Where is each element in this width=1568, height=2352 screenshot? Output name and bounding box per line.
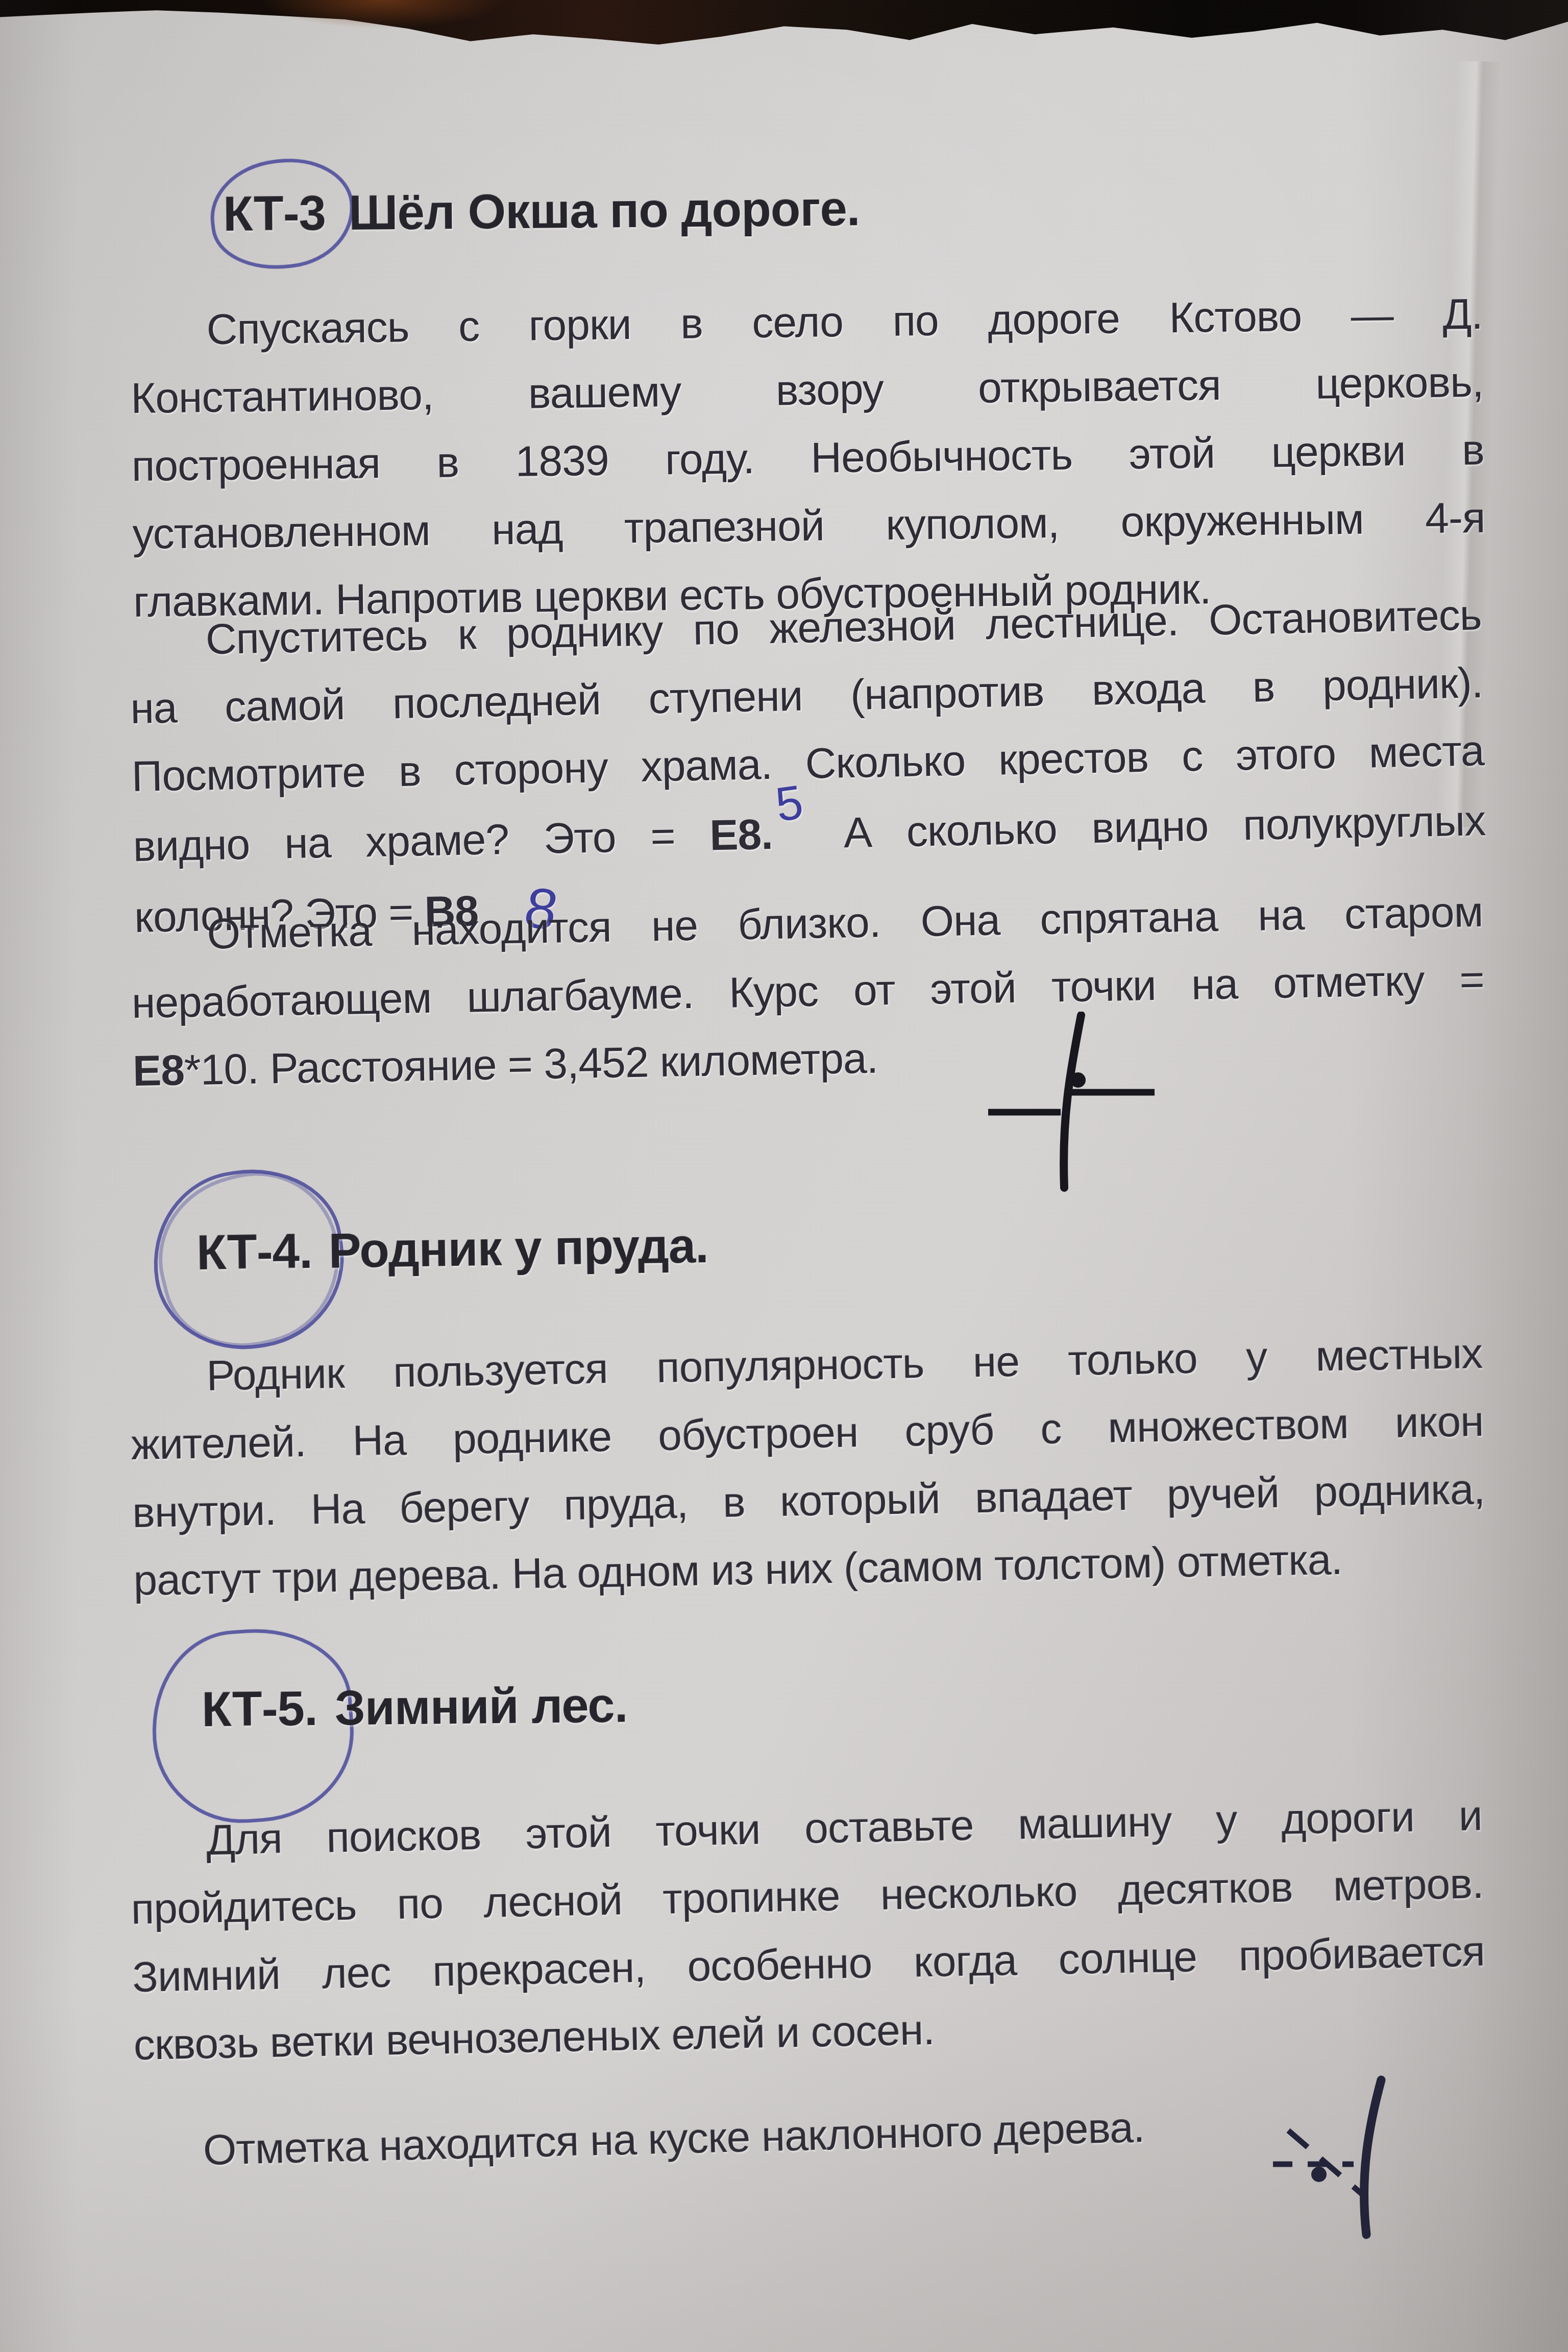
paper-shadow-left [0,0,77,2352]
kt3-heading: КТ-3Шёл Окша по дороге. [223,178,860,245]
text-segment: *10. Расстояние = 3,452 километра. [184,1034,878,1094]
text-segment: видно на храме? Это = [133,811,710,870]
kt5-heading: КТ-5.Зимний лес. [201,1675,628,1741]
kt5-heading-badge: КТ-5. [201,1678,317,1741]
paragraph-kt3-3: Отметка находится не близко. Она спрятан… [130,878,1486,1105]
code-e8: Е8 [132,1046,184,1095]
kt3-heading-badge: КТ-3 [223,183,326,245]
map-barrier-mark-icon [984,1012,1160,1195]
text-line: Отметка находится на куске наклонного де… [202,2090,1276,2184]
paragraph-footer: Отметка находится на куске наклонного де… [202,2090,1276,2184]
paragraph-kt5: Для поисков этой точки оставьте машину у… [129,1781,1487,2079]
barrier-dot [1070,1072,1086,1088]
document-photo: КТ-3Шёл Окша по дороге. Спускаясь с горк… [0,0,1568,2352]
tree-mark-dot [1311,2167,1327,2182]
kt4-heading-badge: КТ-4. [196,1221,312,1284]
kt4-heading: КТ-4.Родник у пруда. [196,1215,708,1284]
barrier-curve-stroke [1064,1015,1081,1188]
paragraph-kt3-1: Спускаясь с горки в село по дороге Кстов… [130,280,1486,636]
kt4-heading-title: Родник у пруда. [328,1218,709,1278]
paragraph-kt4: Родник пользуется популярность не только… [129,1319,1486,1614]
tree-curve-stroke [1364,2080,1381,2235]
leaning-tree-mark-icon [1265,2071,1403,2245]
photo-background-strip [0,0,1568,57]
text-segment: А сколько видно полукруглых [808,796,1486,857]
kt3-heading-title: Шёл Окша по дороге. [349,181,860,240]
code-e8: Е8. [709,810,773,859]
kt5-heading-title: Зимний лес. [334,1678,628,1735]
